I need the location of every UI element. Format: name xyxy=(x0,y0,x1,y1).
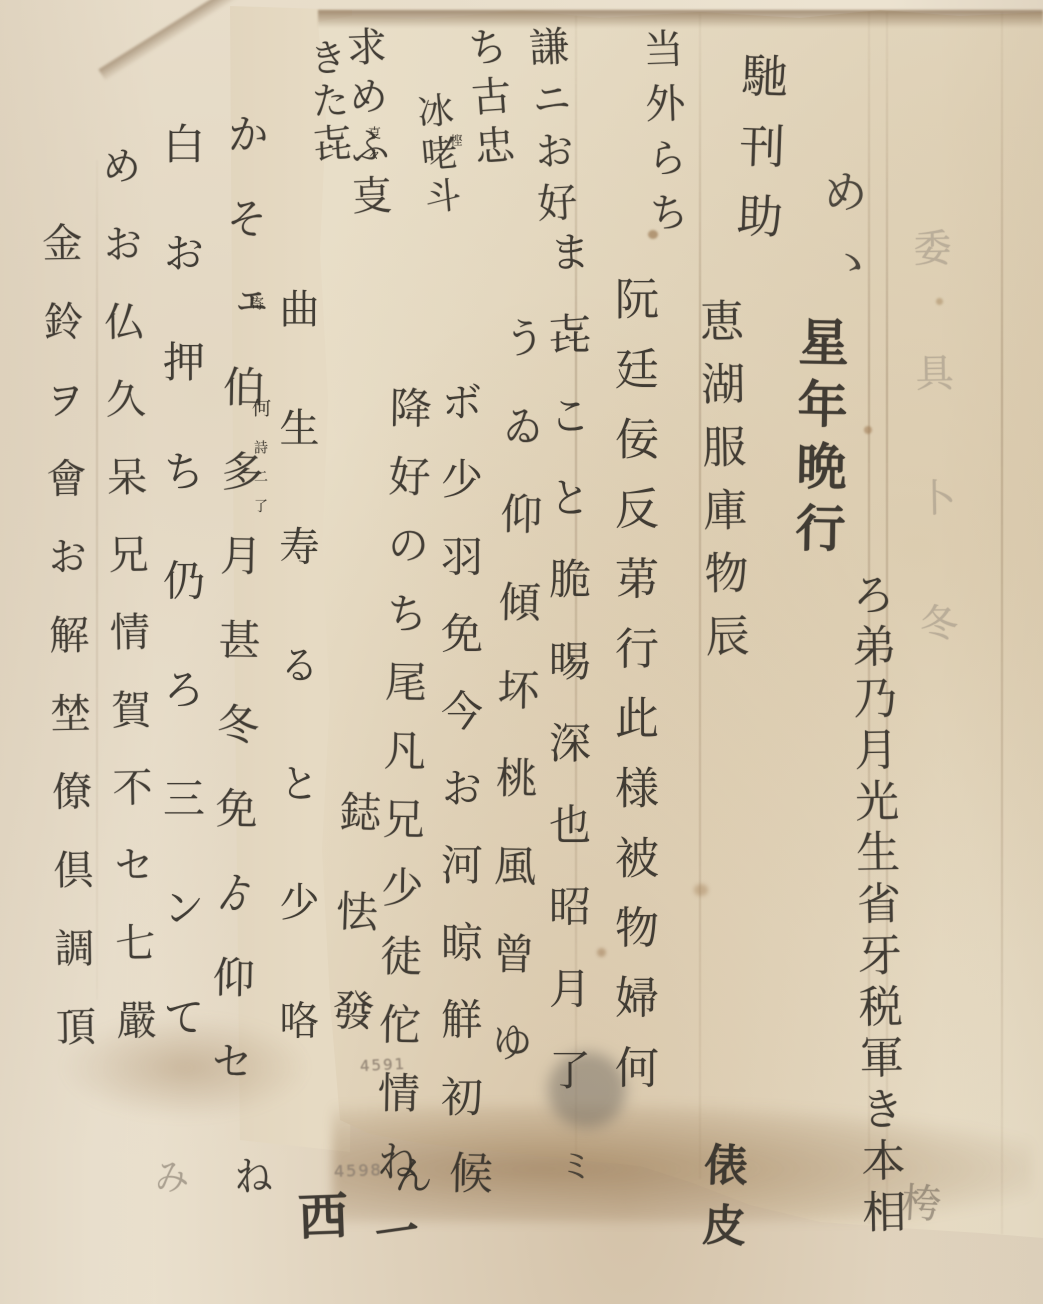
annotation-note: 㕝々 xyxy=(366,126,379,168)
text-column: ろ弟乃月光生省牙税軍き本相 xyxy=(846,572,902,1241)
text-column: ボ少羽免今お河晾觧初 xyxy=(438,380,480,1152)
text-column: 冰咾斗 xyxy=(412,91,459,222)
text-column: 馳刊助 xyxy=(732,51,785,262)
text-column: ね xyxy=(229,1154,270,1195)
text-column: 候 xyxy=(444,1150,489,1195)
text-column: 西 xyxy=(293,1189,345,1241)
inventory-number: 4591 xyxy=(360,1057,407,1074)
text-column: 星年晩行 xyxy=(791,316,845,565)
text-column: ん xyxy=(390,1154,430,1194)
manuscript-page-stack: 委具卜冬ろ弟乃月光生省牙税軍き本相めゝ馳刊助星年晩行恵湖服庫物辰当外らち阮廷佞反… xyxy=(0,0,1043,1304)
annotation-note: 㭴 xyxy=(450,134,462,146)
text-column: 阮廷佞反苐行此様被物婦何 xyxy=(610,276,654,1114)
text-column: ミ xyxy=(556,1148,590,1182)
text-column: 白お押ち仍ろ三ンて xyxy=(160,122,202,1104)
text-column: 曲生寿ると少咯 xyxy=(276,288,316,1118)
text-column: ま㐂こと脆晹深也昭月了 xyxy=(546,230,588,1130)
text-column: うゐ仰傾坏桃風曾ゆ xyxy=(487,316,543,1109)
text-column: きた㐂 xyxy=(305,37,350,167)
text-column: ち古忠 xyxy=(463,25,513,175)
text-column: 一 xyxy=(367,1207,417,1257)
text-column: 俵皮 xyxy=(696,1141,744,1262)
text-column: 委具卜冬 xyxy=(910,228,957,729)
text-column: 鋕怯發 xyxy=(327,789,379,1088)
text-column: 謙ニお好 xyxy=(525,25,576,235)
text-column: 恵湖服庫物辰 xyxy=(695,298,746,677)
text-column: 当外らち xyxy=(639,27,687,246)
inventory-number: 4598 xyxy=(334,1162,383,1180)
text-column: み xyxy=(149,1157,187,1195)
text-column: 桍 xyxy=(897,1181,939,1223)
closing-flourish: めゝ xyxy=(817,166,877,310)
